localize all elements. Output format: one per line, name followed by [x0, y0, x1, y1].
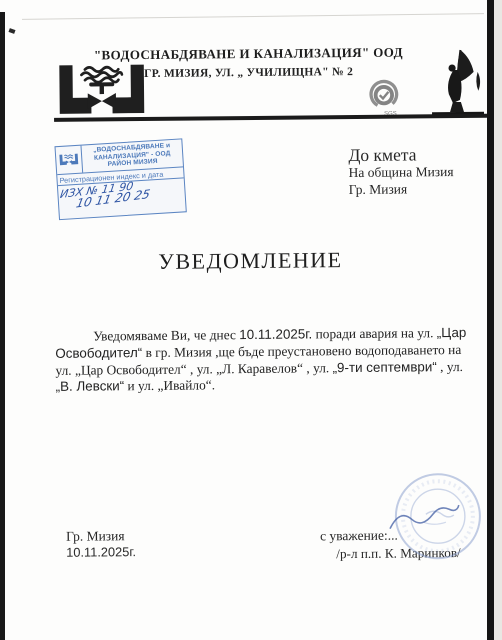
body-seg3: поради авария на ул.: [312, 325, 437, 341]
document-title: УВЕДОМЛЕНИЕ: [0, 246, 502, 277]
registry-stamp-logo-icon: [56, 146, 84, 175]
registry-stamp: „ВОДОСНАБДЯВАНЕ и КАНАЛИЗАЦИЯ" - ООД РАЙ…: [54, 138, 186, 220]
footer-date: 10.11.2025г.: [66, 544, 136, 560]
body-seg7: , ул.: [437, 359, 463, 374]
water-company-logo-icon: [57, 59, 146, 124]
body-seg1: Уведомяваме Ви, че днес: [93, 327, 239, 343]
monument-icon: [431, 46, 484, 120]
photo-edge-left: [0, 12, 5, 640]
recipient-block: До кмета На община Мизия Гр. Мизия: [348, 144, 453, 198]
recipient-to: До кмета: [348, 144, 453, 165]
photo-edge-right: [487, 0, 494, 640]
scanned-document: "ВОДОСНАБДЯВАНЕ И КАНАЛИЗАЦИЯ" ООД ГР. М…: [0, 0, 502, 640]
recipient-municipality: На община Мизия: [349, 164, 454, 182]
body-street-3: „В. Левски“: [56, 379, 125, 395]
footer-city: Гр. Мизия: [66, 528, 125, 545]
document-page: "ВОДОСНАБДЯВАНЕ И КАНАЛИЗАЦИЯ" ООД ГР. М…: [0, 0, 502, 640]
body-seg9: и ул. „Ивайло“.: [124, 378, 215, 394]
photo-margin-right: [494, 0, 502, 640]
body-street-2: „9-ти септември“: [332, 359, 436, 375]
notification-body: Уведомяваме Ви, че днес 10.11.2025г. пор…: [55, 325, 471, 396]
round-seal-icon: [385, 466, 490, 571]
body-date: 10.11.2025г.: [239, 326, 312, 342]
recipient-city: Гр. Мизия: [349, 181, 454, 199]
